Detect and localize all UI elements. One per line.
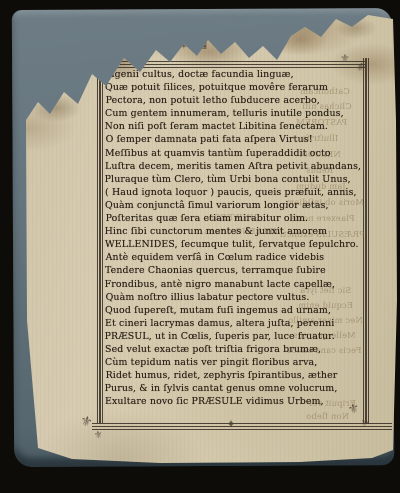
poem-line: Frondibus, antè nigro manabunt lacte cap… — [105, 279, 363, 292]
poem-line: Antè equidem verſâ in Cœlum radice videb… — [106, 252, 364, 265]
poem-line: Meſſibus at quamvis tantùm ſuperaddidit … — [105, 148, 363, 161]
poem-line: Pectora, non potuit letho ſubducere acer… — [106, 95, 364, 108]
poem-line: ( Haud ignota loquor ) paucis, queis præ… — [105, 187, 363, 200]
poem-line: Luſtra decem, meritis tamen Aſtra petivi… — [105, 161, 363, 174]
poem-line: Quæ potuit ſilices, potuitque movêre fer… — [105, 82, 363, 95]
poem-line: Et cineri lacrymas damus, altera juſta, … — [105, 318, 363, 331]
poem-line: Hinc ſibi cunctorum mentes & junxit amor… — [105, 226, 363, 239]
frame-right-rule — [363, 58, 369, 424]
poem-line: Quod ſupereſt, mutam fuſi ingemus ad urn… — [105, 305, 363, 318]
poem-line: Poſteritas quæ ſera etiam mirabitur olim… — [106, 213, 364, 226]
poem-line: O ſemper damnata pati fata aſpera Virtus… — [106, 134, 364, 147]
poem-line: Non niſi poſt ſeram mactet Libitina ſene… — [105, 121, 363, 134]
fleuron-top-right-icon: ⚜ — [340, 52, 350, 65]
poem-line: Quàm conjunctâ ſimul variorum longior æt… — [105, 200, 363, 213]
poem-line: Purus, & in ſylvis cantat genus omne vol… — [105, 383, 363, 396]
fleuron-bottom-left-small-icon: ⚜ — [93, 429, 104, 441]
bleedthrough-fragment: Non flebo — [306, 411, 349, 421]
frame-bottom-rule — [92, 423, 392, 430]
scanned-page: ♛ ✶ ✶ ⚜ ⚜ ⚜ ⚜ ✦ ⚜ ⚜ ⚜ ⚜ CatholicamClicha… — [0, 0, 400, 493]
poem-line: Ingenii cultus, doctæ facundia linguæ, — [105, 69, 363, 82]
poem-line: Cùm tepidum natis ver pingit floribus ar… — [105, 357, 363, 370]
poem-line: PRÆSUL, ut in Cœlis, ſuperis par, luce f… — [105, 331, 363, 344]
poem-line: Ridet humus, ridet, zephyris ſpirantibus… — [106, 370, 364, 383]
poem-line: Tendere Chaonias quercus, terramque ſubi… — [105, 265, 363, 278]
frame-left-rule — [97, 66, 103, 423]
poem-line: Sed velut exactæ poſt triſtia frigora br… — [105, 344, 363, 357]
poem-line: Exultare novo ſic PRÆSULE vidimus Urbem, — [105, 396, 363, 409]
poem-line: Pluraque tùm Clero, tùm Urbi bona contul… — [105, 174, 363, 187]
poem-line: WELLENIDES, ſecumque tulit, ſervatque ſe… — [105, 239, 363, 252]
poem-text-block: Ingenii cultus, doctæ facundia linguæ,Qu… — [105, 69, 363, 409]
poem-line: Quàm noſtro illius labatur pectore vultu… — [106, 292, 364, 305]
bottom-center-ornament-icon: ✦ — [226, 417, 236, 431]
poem-line: Cum gentem innumeram, telluris inutile p… — [105, 108, 363, 121]
